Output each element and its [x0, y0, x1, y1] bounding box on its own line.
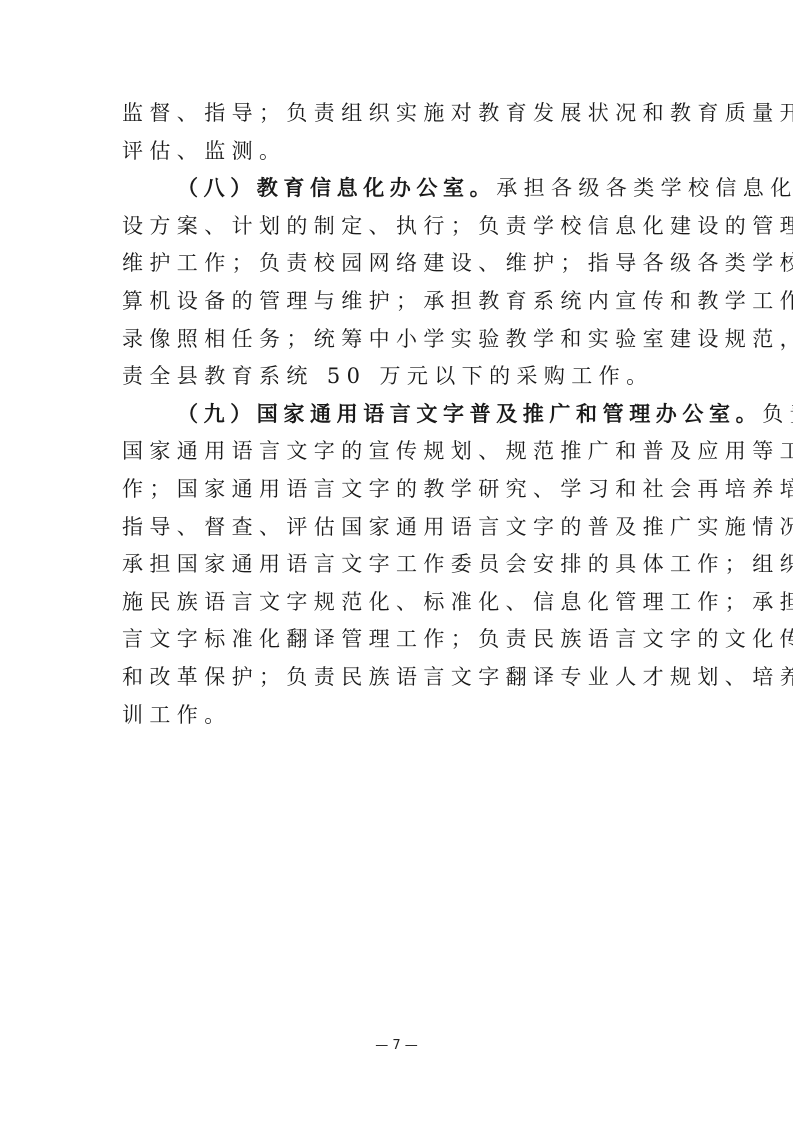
- paragraph-continuation: 监督、指导；负责组织实施对教育发展状况和教育质量开展 评估、监测。: [122, 95, 674, 170]
- text-line: 和改革保护；负责民族语言文字翻译专业人才规划、培养培: [122, 659, 674, 697]
- text-line: 算机设备的管理与维护；承担教育系统内宣传和教学工作的: [122, 283, 674, 321]
- paragraph-section-9: （九）国家通用语言文字普及推广和管理办公室。负责 国家通用语言文字的宣传规划、规…: [122, 396, 674, 734]
- paragraph-section-8: （八）教育信息化办公室。承担各级各类学校信息化建 设方案、计划的制定、执行；负责…: [122, 170, 674, 396]
- text-line: 施民族语言文字规范化、标准化、信息化管理工作；承担语: [122, 584, 674, 622]
- text-line: 责全县教育系统 50 万元以下的采购工作。: [122, 358, 674, 396]
- section-8-heading: （八）教育信息化办公室。: [177, 176, 496, 200]
- document-body: 监督、指导；负责组织实施对教育发展状况和教育质量开展 评估、监测。 （八）教育信…: [122, 95, 674, 734]
- text-line: 言文字标准化翻译管理工作；负责民族语言文字的文化传承: [122, 621, 674, 659]
- text-line: 作；国家通用语言文字的教学研究、学习和社会再培养培训；: [122, 471, 674, 509]
- text-line: 评估、监测。: [122, 133, 674, 171]
- text-line: 承担国家通用语言文字工作委员会安排的具体工作；组织实: [122, 546, 674, 584]
- text-line: 维护工作；负责校园网络建设、维护；指导各级各类学校计: [122, 245, 674, 283]
- text-line: 录像照相任务；统筹中小学实验教学和实验室建设规范，负: [122, 321, 674, 359]
- section-9-heading: （九）国家通用语言文字普及推广和管理办公室。: [177, 402, 762, 426]
- section-9-first-line: （九）国家通用语言文字普及推广和管理办公室。负责: [122, 396, 674, 434]
- text-line: 国家通用语言文字的宣传规划、规范推广和普及应用等工: [122, 433, 674, 471]
- section-8-first-line: （八）教育信息化办公室。承担各级各类学校信息化建: [122, 170, 674, 208]
- text-line: 设方案、计划的制定、执行；负责学校信息化建设的管理与: [122, 208, 674, 246]
- text-line: 监督、指导；负责组织实施对教育发展状况和教育质量开展: [122, 95, 674, 133]
- text-line: 训工作。: [122, 697, 674, 735]
- text-line: 负责: [762, 402, 793, 426]
- text-line: 指导、督查、评估国家通用语言文字的普及推广实施情况；: [122, 509, 674, 547]
- text-line: 承担各级各类学校信息化建: [496, 176, 793, 200]
- page-number: — 7 —: [0, 1038, 793, 1053]
